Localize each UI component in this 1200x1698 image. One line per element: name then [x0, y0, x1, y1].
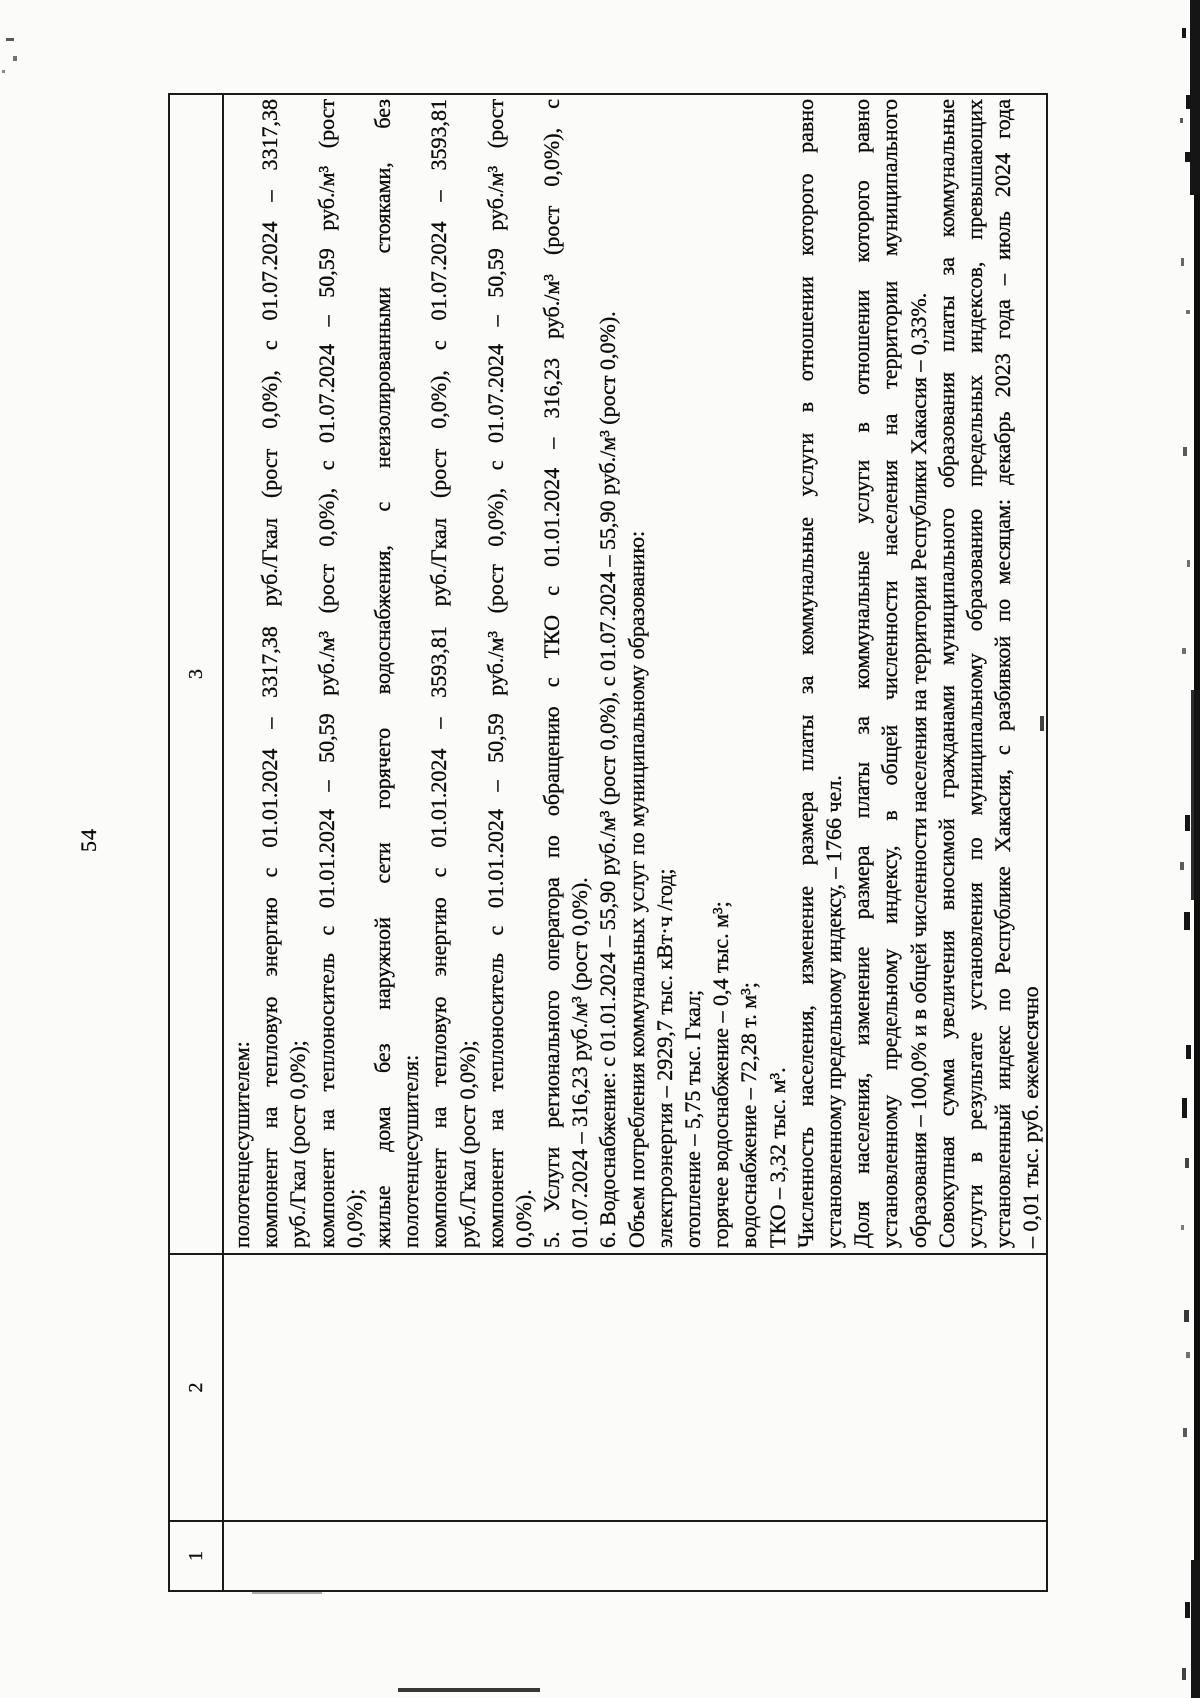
scan-noise	[252, 1592, 322, 1594]
scan-noise	[1187, 560, 1190, 567]
text-line: ТКО – 3,32 тыс. м³.	[764, 99, 792, 1248]
header-cell-3: 3	[170, 95, 222, 1253]
body-cell-2	[224, 1253, 1046, 1520]
scan-noise	[2, 70, 5, 73]
text-line: компонент на тепловую энергию с 01.01.20…	[256, 99, 284, 1248]
header-cell-1: 1	[170, 1520, 222, 1590]
text-line: полотенцесушителем:	[228, 99, 256, 1248]
scan-noise	[1181, 1225, 1184, 1230]
scan-noise	[1186, 1045, 1191, 1059]
text-line: 6. Водоснабжение: с 01.01.2024 – 55,90 р…	[594, 99, 622, 1248]
body-cell-1	[224, 1520, 1046, 1590]
scanned-document-page: { "page_number": "54", "table": { "heade…	[0, 0, 1200, 1698]
scan-noise	[1191, 690, 1200, 900]
scan-noise	[1183, 1428, 1187, 1437]
scan-noise	[1183, 447, 1187, 456]
text-line: 0,0%).	[510, 99, 538, 1248]
scan-noise	[1182, 1668, 1186, 1680]
text-line: горячее водоснабжение – 0,4 тыс. м³;	[707, 99, 735, 1248]
text-line: жилые дома без наружной сети горячего во…	[369, 99, 397, 1248]
scan-noise	[1185, 815, 1190, 831]
text-line: Численность населения, изменение размера…	[792, 99, 820, 1248]
text-line: полотенцесушителя:	[397, 99, 425, 1248]
text-line: – 0,01 тыс. руб. ежемесячно	[1017, 99, 1045, 1248]
scan-noise	[1186, 95, 1191, 109]
body-cell-3: полотенцесушителем: компонент на теплову…	[224, 95, 1046, 1253]
scan-noise	[1182, 648, 1186, 654]
scan-noise	[6, 38, 14, 41]
header-cell-2: 2	[170, 1253, 222, 1520]
scan-noise	[1190, 0, 1200, 195]
table-body-row: полотенцесушителем: компонент на теплову…	[224, 95, 1046, 1590]
text-line: 5. Услуги регионального оператора по обр…	[538, 99, 566, 1248]
text-line: образования – 100,0% и в общей численнос…	[905, 99, 933, 1248]
text-line: водоснабжение – 72,28 т. м³;	[735, 99, 763, 1248]
scan-noise	[1181, 258, 1184, 266]
text-line: руб./Гкал (рост 0,0%);	[454, 99, 482, 1248]
scan-noise	[1185, 152, 1191, 162]
text-line: отопление – 5,75 тыс. Гкал;	[679, 99, 707, 1248]
text-line: электроэнергия – 2929,7 тыс. кВт·ч /год;	[651, 99, 679, 1248]
scan-noise	[1180, 862, 1184, 870]
scan-noise	[1040, 716, 1044, 731]
text-line: Совокупная сумма увеличения вносимой гра…	[933, 99, 961, 1248]
scan-noise	[1185, 1158, 1189, 1168]
text-line: руб./Гкал (рост 0,0%);	[284, 99, 312, 1248]
scan-noise	[1186, 310, 1190, 314]
text-line: 01.07.2024 – 316,23 руб./м³ (рост 0,0%).	[566, 99, 594, 1248]
scan-noise	[1184, 1310, 1189, 1322]
scan-noise	[1182, 1098, 1187, 1118]
scan-noise	[1186, 1352, 1190, 1358]
text-line: Объем потребления коммунальных услуг по …	[623, 99, 651, 1248]
table-header-row: 1 2 3	[170, 95, 224, 1590]
scan-noise	[1180, 118, 1183, 123]
tariff-table: 1 2 3 полотенцесушителем: компонент на т…	[168, 93, 1048, 1592]
text-line: установленному предельному индексу, – 17…	[820, 99, 848, 1248]
scan-noise	[1184, 912, 1190, 930]
text-line: компонент на теплоноситель с 01.01.2024 …	[313, 99, 341, 1248]
text-line: Доля населения, изменение размера платы …	[848, 99, 876, 1248]
text-line: компонент на теплоноситель с 01.01.2024 …	[482, 99, 510, 1248]
scan-noise	[1191, 1560, 1200, 1698]
scan-noise	[1185, 1602, 1190, 1618]
text-line: установленному предельному индексу, в об…	[876, 99, 904, 1248]
text-line: 0,0%);	[341, 99, 369, 1248]
scan-noise	[1182, 28, 1186, 38]
scan-noise	[13, 56, 17, 61]
page-number: 54	[76, 828, 102, 852]
text-line: услуги в результате установления по муни…	[961, 99, 989, 1248]
scan-noise	[398, 1688, 540, 1692]
rotated-page: 54 1 2 3 полотенцесушителем: компонент н…	[0, 0, 1200, 1698]
text-line: установленный индекс по Республике Хакас…	[989, 99, 1017, 1248]
text-line: компонент на тепловую энергию с 01.01.20…	[425, 99, 453, 1248]
